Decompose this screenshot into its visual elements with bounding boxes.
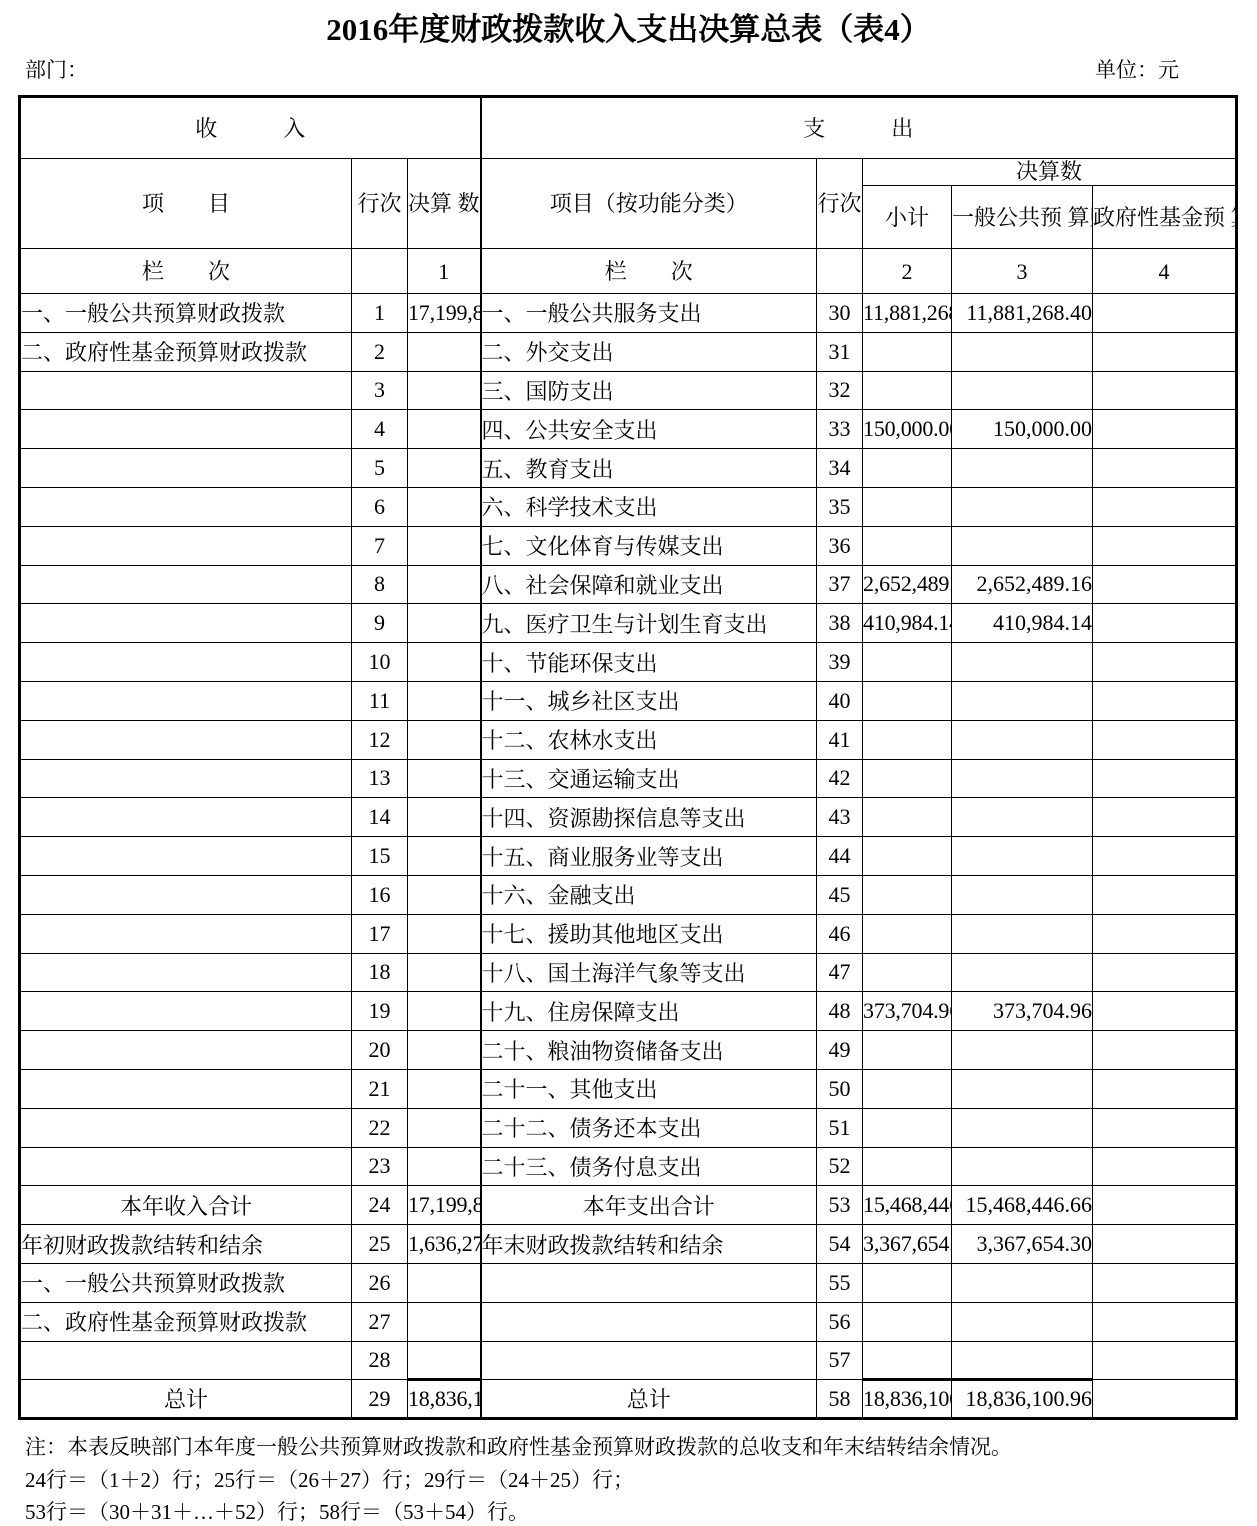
expense-item-cell (481, 1263, 817, 1302)
general-budget-cell (952, 449, 1093, 488)
subtotal-cell (863, 643, 952, 682)
expense-item-cell: 十三、交通运输支出 (481, 759, 817, 798)
expense-line-cell: 56 (817, 1302, 863, 1341)
table-row: 总计2918,836,100.96总计5818,836,100.9618,836… (20, 1380, 1237, 1419)
subtotal-cell: 373,704.96 (863, 992, 952, 1031)
expense-item-cell (481, 1341, 817, 1380)
lanci-income-label: 栏 次 (20, 249, 352, 294)
expense-item-cell: 二十一、其他支出 (481, 1069, 817, 1108)
subtotal-cell (863, 1341, 952, 1380)
expense-item-cell: 十六、金融支出 (481, 875, 817, 914)
income-line-cell: 7 (352, 526, 408, 565)
expense-line-cell: 33 (817, 410, 863, 449)
table-row: 年初财政拨款结转和结余251,636,276.65年末财政拨款结转和结余543,… (20, 1225, 1237, 1264)
income-line-cell: 22 (352, 1108, 408, 1147)
expense-item-cell: 十七、援助其他地区支出 (481, 914, 817, 953)
expense-line-cell: 45 (817, 875, 863, 914)
table-row: 二、政府性基金预算财政拨款2二、外交支出31 (20, 332, 1237, 371)
income-item-cell (20, 914, 352, 953)
expense-line-cell: 36 (817, 526, 863, 565)
income-amount-cell (408, 1108, 481, 1147)
income-item-cell (20, 1069, 352, 1108)
subtotal-cell (863, 914, 952, 953)
income-item-cell: 本年收入合计 (20, 1186, 352, 1225)
general-budget-cell: 18,836,100.96 (952, 1380, 1093, 1419)
gov-fund-cell (1093, 681, 1237, 720)
subtotal-cell (863, 1147, 952, 1186)
expense-item-cell: 十四、资源勘探信息等支出 (481, 798, 817, 837)
gov-fund-cell (1093, 487, 1237, 526)
income-item-col-header: 项 目 (20, 159, 352, 249)
income-line-cell: 14 (352, 798, 408, 837)
expense-item-cell: 二十、粮油物资储备支出 (481, 1031, 817, 1070)
income-line-cell: 13 (352, 759, 408, 798)
general-budget-cell (952, 332, 1093, 371)
income-amount-cell (408, 604, 481, 643)
general-budget-cell: 410,984.14 (952, 604, 1093, 643)
income-amount-cell (408, 1341, 481, 1380)
income-amount-cell: 18,836,100.96 (408, 1380, 481, 1419)
general-budget-cell: 373,704.96 (952, 992, 1093, 1031)
expense-item-cell: 十、节能环保支出 (481, 643, 817, 682)
income-item-cell (20, 565, 352, 604)
table-row: 16十六、金融支出45 (20, 875, 1237, 914)
income-item-cell (20, 681, 352, 720)
income-item-cell: 一、一般公共预算财政拨款 (20, 1263, 352, 1302)
income-item-cell (20, 953, 352, 992)
income-amount-col-header: 决算 数 (408, 159, 481, 249)
expense-line-cell: 54 (817, 1225, 863, 1264)
subtotal-cell (863, 1069, 952, 1108)
income-item-cell (20, 1147, 352, 1186)
expense-line-cell: 44 (817, 837, 863, 876)
income-line-cell: 19 (352, 992, 408, 1031)
subtotal-col-header: 小计 (863, 186, 952, 249)
table-row: 17十七、援助其他地区支出46 (20, 914, 1237, 953)
table-row: 15十五、商业服务业等支出44 (20, 837, 1237, 876)
lanci-income-line-blank (352, 249, 408, 294)
income-amount-cell (408, 332, 481, 371)
col-no-3: 3 (952, 249, 1093, 294)
unit-label: 单位：元 (1095, 57, 1179, 84)
income-amount-cell (408, 565, 481, 604)
expense-item-cell: 一、一般公共服务支出 (481, 294, 817, 333)
general-budget-cell (952, 1147, 1093, 1186)
gov-fund-cell (1093, 1031, 1237, 1070)
income-amount-cell (408, 875, 481, 914)
expense-line-cell: 39 (817, 643, 863, 682)
col-no-2: 2 (863, 249, 952, 294)
expense-item-cell: 七、文化体育与传媒支出 (481, 526, 817, 565)
budget-table: 收 入 支 出 项 目 行次 决算 数 项目（按功能分类） 行次 决算数 小计 … (18, 95, 1238, 1420)
table-row: 18十八、国土海洋气象等支出47 (20, 953, 1237, 992)
income-amount-cell (408, 1263, 481, 1302)
expense-section-header: 支 出 (481, 97, 1237, 159)
gov-fund-cell (1093, 1186, 1237, 1225)
table-row: 22二十二、债务还本支出51 (20, 1108, 1237, 1147)
expense-item-cell: 十五、商业服务业等支出 (481, 837, 817, 876)
income-amount-cell (408, 759, 481, 798)
income-amount-cell (408, 1069, 481, 1108)
table-row: 9九、医疗卫生与计划生育支出38410,984.14410,984.14 (20, 604, 1237, 643)
meta-row: 部门： 单位：元 (0, 57, 1257, 84)
footnote-line: 24行＝（1＋2）行；25行＝（26＋27）行；29行＝（24＋25）行； (25, 1464, 1257, 1497)
income-line-cell: 9 (352, 604, 408, 643)
table-row: 12十二、农林水支出41 (20, 720, 1237, 759)
subtotal-cell: 3,367,654.30 (863, 1225, 952, 1264)
income-line-col-header: 行次 (352, 159, 408, 249)
expense-line-cell: 41 (817, 720, 863, 759)
general-budget-cell (952, 1108, 1093, 1147)
income-line-cell: 28 (352, 1341, 408, 1380)
general-budget-cell (952, 1263, 1093, 1302)
general-budget-cell (952, 681, 1093, 720)
gov-fund-cell (1093, 953, 1237, 992)
expense-line-cell: 49 (817, 1031, 863, 1070)
expense-item-cell: 年末财政拨款结转和结余 (481, 1225, 817, 1264)
income-item-cell (20, 449, 352, 488)
gov-fund-cell (1093, 720, 1237, 759)
general-budget-cell (952, 1069, 1093, 1108)
subtotal-cell (863, 526, 952, 565)
gov-fund-cell (1093, 643, 1237, 682)
income-line-cell: 15 (352, 837, 408, 876)
general-budget-cell (952, 643, 1093, 682)
general-budget-cell (952, 1302, 1093, 1341)
expense-item-cell: 二、外交支出 (481, 332, 817, 371)
expense-line-cell: 52 (817, 1147, 863, 1186)
general-budget-cell: 11,881,268.40 (952, 294, 1093, 333)
subtotal-cell (863, 759, 952, 798)
gov-fund-cell (1093, 1380, 1237, 1419)
gov-fund-cell (1093, 1147, 1237, 1186)
expense-item-cell: 总计 (481, 1380, 817, 1419)
expense-item-cell: 二十三、债务付息支出 (481, 1147, 817, 1186)
subtotal-cell (863, 681, 952, 720)
table-row: 20二十、粮油物资储备支出49 (20, 1031, 1237, 1070)
subtotal-cell: 410,984.14 (863, 604, 952, 643)
subtotal-cell (863, 798, 952, 837)
income-amount-cell (408, 953, 481, 992)
income-amount-cell (408, 914, 481, 953)
expense-item-cell: 二十二、债务还本支出 (481, 1108, 817, 1147)
income-amount-cell (408, 681, 481, 720)
gov-fund-cell (1093, 798, 1237, 837)
expense-item-cell: 九、医疗卫生与计划生育支出 (481, 604, 817, 643)
table-row: 二、政府性基金预算财政拨款2756 (20, 1302, 1237, 1341)
general-budget-cell: 150,000.00 (952, 410, 1093, 449)
income-line-cell: 24 (352, 1186, 408, 1225)
page-title: 2016年度财政拨款收入支出决算总表（表4） (0, 12, 1257, 48)
income-item-cell: 二、政府性基金预算财政拨款 (20, 332, 352, 371)
income-line-cell: 25 (352, 1225, 408, 1264)
table-row: 7七、文化体育与传媒支出36 (20, 526, 1237, 565)
subtotal-cell (863, 837, 952, 876)
income-amount-cell (408, 1302, 481, 1341)
general-budget-cell (952, 371, 1093, 410)
expense-item-cell: 十八、国土海洋气象等支出 (481, 953, 817, 992)
income-item-cell (20, 604, 352, 643)
expense-line-cell: 40 (817, 681, 863, 720)
table-row: 13十三、交通运输支出42 (20, 759, 1237, 798)
general-budget-cell (952, 720, 1093, 759)
expense-line-col-header: 行次 (817, 159, 863, 249)
final-amount-group-header: 决算数 (863, 159, 1237, 186)
income-line-cell: 21 (352, 1069, 408, 1108)
income-item-cell (20, 410, 352, 449)
table-row: 本年收入合计2417,199,824.31本年支出合计5315,468,446.… (20, 1186, 1237, 1225)
income-line-cell: 23 (352, 1147, 408, 1186)
footnote-line: 53行＝（30＋31＋…＋52）行；58行＝（53＋54）行。 (25, 1496, 1257, 1526)
col-no-4: 4 (1093, 249, 1237, 294)
income-amount-cell (408, 720, 481, 759)
table-row: 14十四、资源勘探信息等支出43 (20, 798, 1237, 837)
expense-item-col-header: 项目（按功能分类） (481, 159, 817, 249)
subtotal-cell (863, 487, 952, 526)
gov-fund-cell (1093, 875, 1237, 914)
income-amount-cell: 17,199,824.31 (408, 294, 481, 333)
gov-fund-cell (1093, 449, 1237, 488)
income-amount-cell (408, 410, 481, 449)
general-budget-cell (952, 953, 1093, 992)
income-line-cell: 18 (352, 953, 408, 992)
general-budget-cell (952, 875, 1093, 914)
subtotal-cell (863, 720, 952, 759)
subtotal-cell: 2,652,489.16 (863, 565, 952, 604)
income-section-header: 收 入 (20, 97, 481, 159)
table-row: 2857 (20, 1341, 1237, 1380)
general-budget-cell (952, 759, 1093, 798)
expense-line-cell: 51 (817, 1108, 863, 1147)
general-budget-col-header: 一般公共预 算财政拨款 (952, 186, 1093, 249)
gov-fund-cell (1093, 604, 1237, 643)
gov-fund-cell (1093, 294, 1237, 333)
table-row: 4四、公共安全支出33150,000.00150,000.00 (20, 410, 1237, 449)
subtotal-cell: 15,468,446.66 (863, 1186, 952, 1225)
income-item-cell (20, 837, 352, 876)
expense-item-cell: 十一、城乡社区支出 (481, 681, 817, 720)
table-row: 3三、国防支出32 (20, 371, 1237, 410)
gov-fund-cell (1093, 371, 1237, 410)
income-item-cell (20, 643, 352, 682)
income-amount-cell: 17,199,824.31 (408, 1186, 481, 1225)
general-budget-cell (952, 914, 1093, 953)
income-line-cell: 20 (352, 1031, 408, 1070)
income-amount-cell (408, 1147, 481, 1186)
expense-line-cell: 38 (817, 604, 863, 643)
income-line-cell: 3 (352, 371, 408, 410)
income-item-cell (20, 1108, 352, 1147)
expense-line-cell: 42 (817, 759, 863, 798)
income-line-cell: 29 (352, 1380, 408, 1419)
income-line-cell: 8 (352, 565, 408, 604)
income-line-cell: 5 (352, 449, 408, 488)
table-row: 8八、社会保障和就业支出372,652,489.162,652,489.16 (20, 565, 1237, 604)
table-body: 一、一般公共预算财政拨款117,199,824.31一、一般公共服务支出3011… (20, 294, 1237, 1419)
table-row: 一、一般公共预算财政拨款117,199,824.31一、一般公共服务支出3011… (20, 294, 1237, 333)
general-budget-cell (952, 526, 1093, 565)
table-row: 一、一般公共预算财政拨款2655 (20, 1263, 1237, 1302)
income-item-cell (20, 487, 352, 526)
expense-line-cell: 43 (817, 798, 863, 837)
expense-line-cell: 58 (817, 1380, 863, 1419)
footnotes: 注：本表反映部门本年度一般公共预算财政拨款和政府性基金预算财政拨款的总收支和年末… (25, 1431, 1257, 1526)
general-budget-cell: 15,468,446.66 (952, 1186, 1093, 1225)
income-line-cell: 2 (352, 332, 408, 371)
lanci-expense-line-blank (817, 249, 863, 294)
table-row: 6六、科学技术支出35 (20, 487, 1237, 526)
subtotal-cell (863, 1031, 952, 1070)
subtotal-cell (863, 371, 952, 410)
income-amount-cell (408, 487, 481, 526)
gov-fund-cell (1093, 1341, 1237, 1380)
income-amount-cell (408, 992, 481, 1031)
expense-line-cell: 32 (817, 371, 863, 410)
income-line-cell: 6 (352, 487, 408, 526)
income-item-cell: 年初财政拨款结转和结余 (20, 1225, 352, 1264)
income-item-cell (20, 1031, 352, 1070)
income-item-cell (20, 720, 352, 759)
expense-item-cell: 六、科学技术支出 (481, 487, 817, 526)
expense-item-cell: 四、公共安全支出 (481, 410, 817, 449)
gov-fund-cell (1093, 914, 1237, 953)
expense-item-cell (481, 1302, 817, 1341)
expense-line-cell: 46 (817, 914, 863, 953)
income-item-cell (20, 875, 352, 914)
section-header-row: 收 入 支 出 (20, 97, 1237, 159)
income-item-cell (20, 1341, 352, 1380)
income-line-cell: 11 (352, 681, 408, 720)
general-budget-cell: 2,652,489.16 (952, 565, 1093, 604)
expense-item-cell: 三、国防支出 (481, 371, 817, 410)
subtotal-cell (863, 875, 952, 914)
subtotal-cell (863, 953, 952, 992)
expense-item-cell: 八、社会保障和就业支出 (481, 565, 817, 604)
general-budget-cell (952, 798, 1093, 837)
expense-item-cell: 十二、农林水支出 (481, 720, 817, 759)
subtotal-cell (863, 332, 952, 371)
income-amount-cell (408, 371, 481, 410)
income-item-cell (20, 371, 352, 410)
income-item-cell (20, 526, 352, 565)
expense-line-cell: 37 (817, 565, 863, 604)
gov-fund-cell (1093, 1302, 1237, 1341)
general-budget-cell (952, 837, 1093, 876)
expense-line-cell: 30 (817, 294, 863, 333)
table-row: 5五、教育支出34 (20, 449, 1237, 488)
subtotal-cell (863, 1302, 952, 1341)
footnote-line: 注：本表反映部门本年度一般公共预算财政拨款和政府性基金预算财政拨款的总收支和年末… (25, 1431, 1257, 1464)
gov-fund-cell (1093, 1108, 1237, 1147)
expense-line-cell: 47 (817, 953, 863, 992)
expense-line-cell: 50 (817, 1069, 863, 1108)
gov-fund-cell (1093, 837, 1237, 876)
table-row: 11十一、城乡社区支出40 (20, 681, 1237, 720)
income-item-cell: 二、政府性基金预算财政拨款 (20, 1302, 352, 1341)
subtotal-cell (863, 449, 952, 488)
gov-fund-cell (1093, 565, 1237, 604)
income-line-cell: 10 (352, 643, 408, 682)
general-budget-cell (952, 1031, 1093, 1070)
subtotal-cell: 150,000.00 (863, 410, 952, 449)
income-item-cell (20, 992, 352, 1031)
column-number-row: 栏 次 1 栏 次 2 3 4 (20, 249, 1237, 294)
gov-fund-cell (1093, 1069, 1237, 1108)
gov-fund-cell (1093, 526, 1237, 565)
subtotal-cell: 18,836,100.96 (863, 1380, 952, 1419)
gov-fund-cell (1093, 332, 1237, 371)
income-amount-cell: 1,636,276.65 (408, 1225, 481, 1264)
expense-line-cell: 53 (817, 1186, 863, 1225)
income-amount-cell (408, 643, 481, 682)
lanci-expense-label: 栏 次 (481, 249, 817, 294)
income-line-cell: 27 (352, 1302, 408, 1341)
general-budget-cell (952, 1341, 1093, 1380)
gov-fund-cell (1093, 1225, 1237, 1264)
income-amount-cell (408, 526, 481, 565)
general-budget-cell (952, 487, 1093, 526)
income-item-cell (20, 798, 352, 837)
income-amount-cell (408, 837, 481, 876)
income-line-cell: 4 (352, 410, 408, 449)
subtotal-cell (863, 1263, 952, 1302)
income-item-cell: 一、一般公共预算财政拨款 (20, 294, 352, 333)
subtotal-cell (863, 1108, 952, 1147)
expense-line-cell: 55 (817, 1263, 863, 1302)
subtotal-cell: 11,881,268.40 (863, 294, 952, 333)
table-row: 21二十一、其他支出50 (20, 1069, 1237, 1108)
income-amount-cell (408, 1031, 481, 1070)
gov-fund-cell (1093, 410, 1237, 449)
income-amount-cell (408, 449, 481, 488)
expense-line-cell: 48 (817, 992, 863, 1031)
income-line-cell: 1 (352, 294, 408, 333)
income-item-cell: 总计 (20, 1380, 352, 1419)
general-budget-cell: 3,367,654.30 (952, 1225, 1093, 1264)
col-no-1: 1 (408, 249, 481, 294)
gov-fund-cell (1093, 1263, 1237, 1302)
income-line-cell: 26 (352, 1263, 408, 1302)
expense-line-cell: 31 (817, 332, 863, 371)
table-row: 10十、节能环保支出39 (20, 643, 1237, 682)
table-row: 23二十三、债务付息支出52 (20, 1147, 1237, 1186)
expense-item-cell: 十九、住房保障支出 (481, 992, 817, 1031)
income-line-cell: 12 (352, 720, 408, 759)
expense-line-cell: 34 (817, 449, 863, 488)
table-row: 19十九、住房保障支出48373,704.96373,704.96 (20, 992, 1237, 1031)
gov-fund-cell (1093, 992, 1237, 1031)
column-header-row: 项 目 行次 决算 数 项目（按功能分类） 行次 决算数 (20, 159, 1237, 186)
gov-fund-col-header: 政府性基金预 算财政拨款 (1093, 186, 1237, 249)
income-item-cell (20, 759, 352, 798)
income-amount-cell (408, 798, 481, 837)
gov-fund-cell (1093, 759, 1237, 798)
expense-line-cell: 57 (817, 1341, 863, 1380)
expense-item-cell: 本年支出合计 (481, 1186, 817, 1225)
income-line-cell: 16 (352, 875, 408, 914)
department-label: 部门： (25, 57, 88, 84)
expense-line-cell: 35 (817, 487, 863, 526)
income-line-cell: 17 (352, 914, 408, 953)
expense-item-cell: 五、教育支出 (481, 449, 817, 488)
